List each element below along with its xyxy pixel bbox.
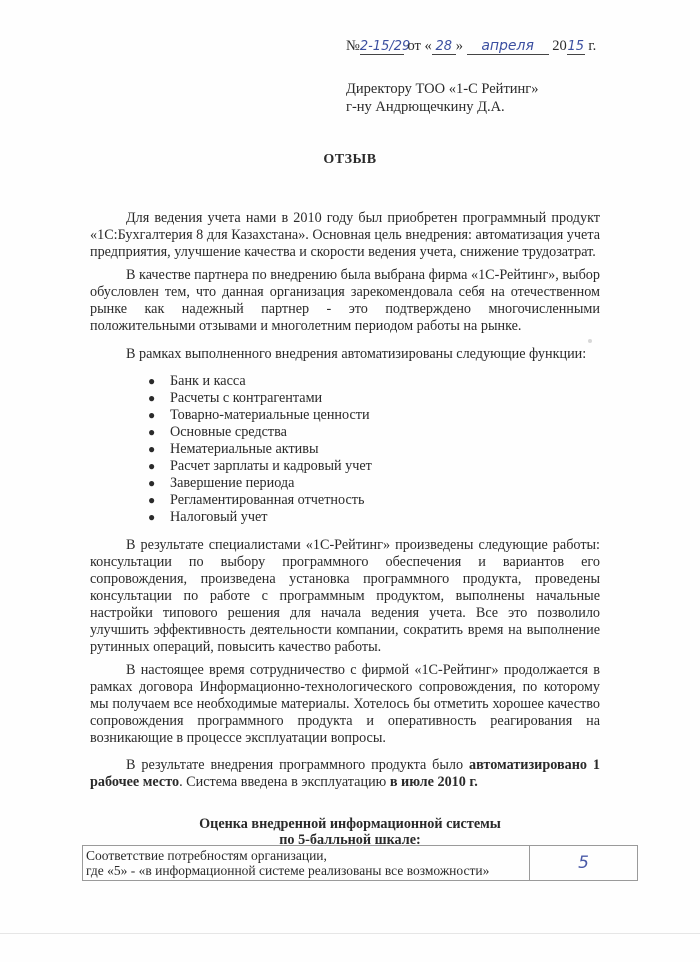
paragraph-works-performed: В результате специалистами «1С-Рейтинг» … [90, 537, 600, 656]
paragraph-functions-intro: В рамках выполненного внедрения автомати… [90, 346, 600, 363]
rating-heading: Оценка внедренной информационной системы… [0, 816, 700, 848]
bullet-icon: ● [148, 492, 155, 509]
document-page: №2-15/29 от «28» апреля 2015 г. Директор… [0, 0, 700, 962]
criterion-cell: Соответствие потребностям организации, г… [83, 846, 530, 881]
list-item-label: Банк и касса [170, 373, 246, 389]
list-item: ●Основные средства [146, 424, 372, 441]
list-item: ●Нематериальные активы [146, 441, 372, 458]
date-quote-close: » [456, 38, 463, 54]
criterion-line-2: где «5» - «в информационной системе реал… [86, 863, 526, 878]
bullet-icon: ● [148, 475, 155, 492]
criterion-line-1: Соответствие потребностям организации, [86, 848, 526, 863]
list-item: ●Банк и касса [146, 373, 372, 390]
paragraph-purchase: Для ведения учета нами в 2010 году был п… [90, 210, 600, 261]
paragraph-result: В результате внедрения программного прод… [90, 757, 600, 791]
list-item-label: Регламентированная отчетность [170, 492, 364, 508]
automated-functions-list: ●Банк и касса ●Расчеты с контрагентами ●… [146, 373, 372, 526]
list-item: ●Налоговый учет [146, 509, 372, 526]
scan-edge-line [0, 933, 700, 934]
list-item: ●Завершение периода [146, 475, 372, 492]
handwritten-month: апреля [467, 38, 549, 55]
list-item: ●Расчет зарплаты и кадровый учет [146, 458, 372, 475]
outgoing-number-line: №2-15/29 от «28» апреля 2015 г. [346, 38, 596, 55]
document-title: ОТЗЫВ [0, 152, 700, 168]
handwritten-number: 2-15/29 [360, 39, 404, 55]
bullet-icon: ● [148, 390, 155, 407]
list-item-label: Налоговый учет [170, 509, 268, 525]
list-item: ●Товарно-материальные ценности [146, 407, 372, 424]
scan-speck [588, 339, 592, 343]
bullet-icon: ● [148, 509, 155, 526]
bullet-icon: ● [148, 373, 155, 390]
list-item: ●Регламентированная отчетность [146, 492, 372, 509]
addressee-line-2: г-ну Андрющечкину Д.А. [346, 98, 539, 116]
list-item-label: Завершение периода [170, 475, 294, 491]
list-item: ●Расчеты с контрагентами [146, 390, 372, 407]
addressee-line-1: Директору ТОО «1-С Рейтинг» [346, 80, 539, 98]
bullet-icon: ● [148, 441, 155, 458]
bullet-icon: ● [148, 424, 155, 441]
rating-heading-line-1: Оценка внедренной информационной системы [0, 816, 700, 832]
list-item-label: Нематериальные активы [170, 441, 319, 457]
list-item-label: Основные средства [170, 424, 287, 440]
handwritten-year: 15 [567, 39, 585, 55]
addressee-block: Директору ТОО «1-С Рейтинг» г-ну Андрюще… [346, 80, 539, 116]
paragraph-partner: В качестве партнера по внедрению была вы… [90, 267, 600, 335]
result-text-1: В результате внедрения программного прод… [126, 757, 469, 773]
handwritten-day: 28 [432, 39, 456, 55]
bullet-icon: ● [148, 458, 155, 475]
score-cell: 5 [530, 846, 638, 881]
list-item-label: Расчет зарплаты и кадровый учет [170, 458, 372, 474]
number-sign: № [346, 38, 360, 54]
result-launch-date: в июле 2010 г. [390, 774, 478, 790]
year-prefix: 20 [552, 38, 567, 54]
result-text-2: . Система введена в эксплуатацию [179, 774, 390, 790]
bullet-icon: ● [148, 407, 155, 424]
paragraph-support: В настоящее время сотрудничество с фирмо… [90, 662, 600, 747]
list-item-label: Товарно-материальные ценности [170, 407, 370, 423]
year-abbrev: г. [588, 38, 596, 54]
list-item-label: Расчеты с контрагентами [170, 390, 322, 406]
rating-table: Соответствие потребностям организации, г… [82, 845, 638, 881]
date-from-label: от « [407, 38, 431, 54]
table-row: Соответствие потребностям организации, г… [83, 846, 638, 881]
